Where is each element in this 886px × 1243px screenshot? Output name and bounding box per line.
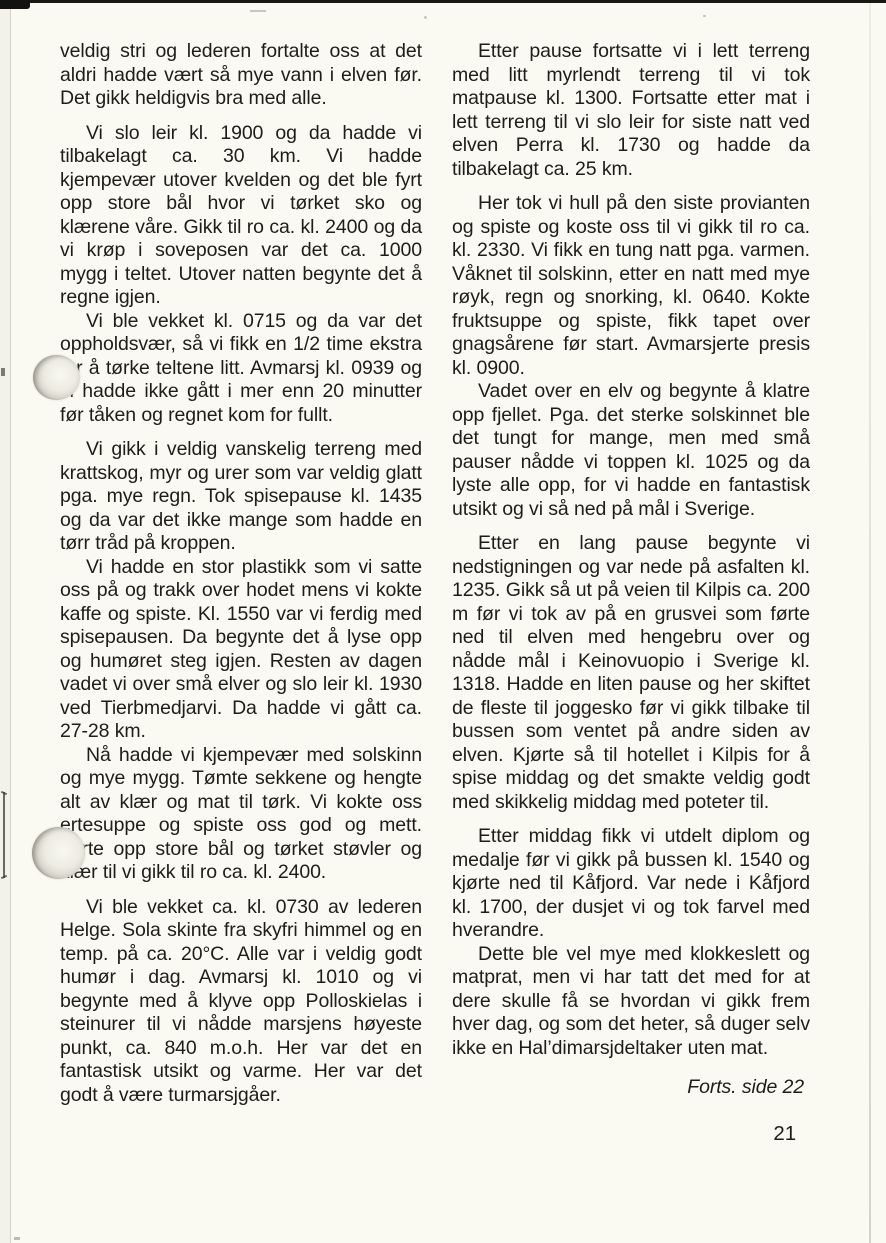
page-number: 21 bbox=[452, 1122, 810, 1146]
left-column: veldig stri og lederen fortalte oss at d… bbox=[60, 40, 422, 1107]
right-column-text: Etter pause fortsatte vi i lett terreng … bbox=[452, 40, 810, 1060]
scan-top-edge bbox=[0, 0, 886, 3]
continuation-note: Forts. side 22 bbox=[452, 1076, 810, 1100]
scan-speck bbox=[250, 10, 266, 12]
paragraph: Etter pause fortsatte vi i lett terreng … bbox=[452, 40, 810, 181]
paragraph: Vi ble vekket kl. 0715 og da var det opp… bbox=[60, 310, 422, 428]
scan-left-edge bbox=[0, 0, 11, 1243]
paragraph: Etter middag fikk vi utdelt diplom og me… bbox=[452, 825, 810, 943]
paragraph: Her tok vi hull på den siste provianten … bbox=[452, 192, 810, 380]
punch-hole-bottom bbox=[32, 827, 85, 879]
paragraph: Vi gikk i veldig vanskelig terreng med k… bbox=[60, 438, 422, 556]
paragraph: Vadet over en elv og begynte å klatre op… bbox=[452, 380, 810, 521]
paragraph: Vi hadde en stor plastikk som vi satte o… bbox=[60, 556, 422, 744]
scan-right-edge bbox=[869, 0, 871, 1243]
scan-speck bbox=[703, 15, 706, 17]
scanned-page: { "columns": { "left": { "paragraphs": [… bbox=[0, 0, 886, 1243]
paragraph: Vi slo leir kl. 1900 og da hadde vi tilb… bbox=[60, 122, 422, 310]
margin-pen-dash bbox=[1, 368, 5, 376]
paragraph: Dette ble vel mye med klokkeslett og mat… bbox=[452, 943, 810, 1061]
margin-pen-mark bbox=[3, 792, 5, 878]
paragraph: Vi ble vekket ca. kl. 0730 av lederen He… bbox=[60, 896, 422, 1108]
paragraph: veldig stri og lederen fortalte oss at d… bbox=[60, 40, 422, 111]
paragraph: Nå hadde vi kjempevær med solskinn og my… bbox=[60, 744, 422, 885]
punch-hole-top bbox=[33, 355, 80, 400]
scan-top-left-mark bbox=[0, 0, 30, 9]
scan-speck bbox=[424, 16, 427, 19]
right-column: Etter pause fortsatte vi i lett terreng … bbox=[452, 40, 810, 1166]
paragraph: Etter en lang pause begynte vi nedstigni… bbox=[452, 532, 810, 814]
scan-speck bbox=[14, 1237, 20, 1240]
